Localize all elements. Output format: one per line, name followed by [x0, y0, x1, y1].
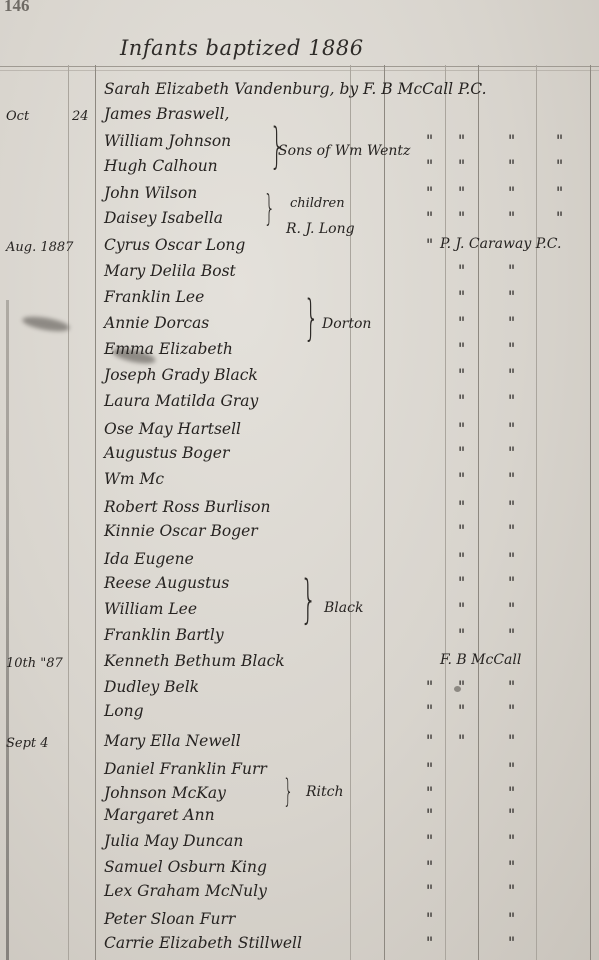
entry-name: Margaret Ann — [104, 806, 215, 824]
entry-name: Cyrus Oscar Long — [104, 236, 245, 254]
entry-name: Ose May Hartsell — [104, 420, 241, 438]
ditto-mark: " — [508, 209, 515, 227]
ditto-mark: " — [458, 522, 465, 540]
ditto-mark: " — [458, 392, 465, 410]
entry-row: Wm Mc"" — [0, 470, 599, 494]
ditto-mark: " — [458, 157, 465, 175]
entry-name: Julia May Duncan — [104, 832, 243, 850]
entry-name: Emma Elizabeth — [104, 340, 233, 358]
group-label-long-top: children — [290, 196, 345, 211]
entry-name: Joseph Grady Black — [104, 366, 258, 384]
entry-name: Samuel Osburn King — [104, 858, 267, 876]
entry-name: Sarah Elizabeth Vandenburg, by F. B McCa… — [104, 80, 487, 98]
ditto-mark: " — [508, 760, 515, 778]
ditto-mark: " — [458, 209, 465, 227]
ditto-mark: " — [426, 157, 433, 175]
ditto-mark: " — [508, 910, 515, 928]
ditto-mark: " — [458, 444, 465, 462]
header-rule-2 — [0, 70, 599, 71]
ditto-mark: " — [556, 209, 563, 227]
entry-name: Carrie Elizabeth Stillwell — [104, 934, 302, 952]
entry-month: Aug. 1887 — [6, 240, 73, 255]
ditto-mark: " — [426, 236, 433, 254]
ditto-mark: " — [458, 470, 465, 488]
ditto-mark: " — [508, 288, 515, 306]
ditto-mark: " — [458, 600, 465, 618]
ditto-mark: " — [426, 678, 433, 696]
group-label-long-bottom: R. J. Long — [286, 221, 355, 237]
ditto-mark: " — [458, 132, 465, 150]
entry-name: William Johnson — [104, 132, 231, 150]
group-label-dorton: Dorton — [322, 316, 371, 332]
ditto-mark: " — [556, 184, 563, 202]
ditto-mark: " — [508, 262, 515, 280]
entry-name: Mary Delila Bost — [104, 262, 236, 280]
ditto-mark: " — [458, 626, 465, 644]
entry-name: Lex Graham McNuly — [104, 882, 267, 900]
entry-name: Daniel Franklin Furr — [104, 760, 267, 778]
ditto-mark: " — [508, 392, 515, 410]
entry-name: John Wilson — [104, 184, 197, 202]
ditto-mark: " — [426, 882, 433, 900]
entry-name: Johnson McKay — [104, 784, 226, 802]
ditto-mark: " — [508, 522, 515, 540]
entry-row: Mary Delila Bost"" — [0, 262, 599, 286]
ditto-mark: " — [426, 132, 433, 150]
ditto-mark: " — [426, 858, 433, 876]
ditto-mark: " — [426, 209, 433, 227]
group-label-ritch: Ritch — [306, 784, 344, 800]
entry-row: Emma Elizabeth"" — [0, 340, 599, 364]
entry-name: Peter Sloan Furr — [104, 910, 235, 928]
ditto-mark: " — [508, 678, 515, 696]
entry-row: Joseph Grady Black"" — [0, 366, 599, 390]
entry-row: Carrie Elizabeth Stillwell"" — [0, 934, 599, 958]
group-label-wentz: Sons of Wm Wentz — [278, 143, 410, 159]
entry-row: Daniel Franklin Furr"" — [0, 760, 599, 784]
entry-name: Hugh Calhoun — [104, 157, 218, 175]
entry-month: Sept 4 — [6, 736, 49, 751]
ditto-mark: " — [426, 760, 433, 778]
entry-name: Reese Augustus — [104, 574, 229, 592]
ditto-mark: " — [426, 184, 433, 202]
page-heading: Infants baptized 1886 — [120, 36, 364, 60]
ditto-mark: " — [508, 832, 515, 850]
ditto-mark: " — [508, 806, 515, 824]
ditto-mark: " — [458, 288, 465, 306]
ditto-mark: " — [508, 784, 515, 802]
entry-name: Kinnie Oscar Boger — [104, 522, 258, 540]
ditto-mark: " — [508, 600, 515, 618]
ditto-mark: " — [508, 550, 515, 568]
entry-name: Kenneth Bethum Black — [104, 652, 285, 670]
entry-officiant: P. J. Caraway P.C. — [440, 236, 561, 252]
entry-row: Johnson McKay"" — [0, 784, 599, 808]
ditto-mark: " — [458, 550, 465, 568]
entry-row: 10th "87Kenneth Bethum BlackF. B McCall — [0, 652, 599, 676]
ditto-mark: " — [508, 732, 515, 750]
ditto-mark: " — [458, 702, 465, 720]
entry-month: 10th "87 — [6, 656, 63, 671]
ditto-mark: " — [458, 574, 465, 592]
header-rule — [0, 66, 599, 67]
entry-row: Sarah Elizabeth Vandenburg, by F. B McCa… — [0, 80, 599, 104]
ditto-mark: " — [458, 184, 465, 202]
entry-name: James Braswell, — [104, 105, 229, 123]
entry-name: Laura Matilda Gray — [104, 392, 258, 410]
ditto-mark: " — [508, 420, 515, 438]
ditto-mark: " — [508, 858, 515, 876]
brace-long: } — [264, 188, 275, 229]
entry-row: Long""" — [0, 702, 599, 726]
entry-name: Mary Ella Newell — [104, 732, 241, 750]
ditto-mark: " — [508, 132, 515, 150]
ditto-mark: " — [458, 732, 465, 750]
entry-name: Franklin Lee — [104, 288, 204, 306]
ditto-mark: " — [508, 157, 515, 175]
entry-row: Franklin Lee"" — [0, 288, 599, 312]
ditto-mark: " — [426, 832, 433, 850]
ditto-mark: " — [508, 366, 515, 384]
entry-name: Dudley Belk — [104, 678, 199, 696]
entry-month: Oct — [6, 109, 29, 124]
entry-officiant: F. B McCall — [440, 652, 521, 668]
entry-row: Hugh Calhoun"""" — [0, 157, 599, 181]
ditto-mark: " — [508, 498, 515, 516]
ditto-mark: " — [508, 934, 515, 952]
entry-row: Laura Matilda Gray"" — [0, 392, 599, 416]
entry-name: Long — [104, 702, 144, 720]
entry-name: Franklin Bartly — [104, 626, 224, 644]
group-label-black: Black — [324, 600, 363, 616]
entry-row: Oct24James Braswell, — [0, 105, 599, 129]
entry-row: Robert Ross Burlison"" — [0, 498, 599, 522]
ditto-mark: " — [426, 934, 433, 952]
brace-black: } — [300, 570, 317, 630]
ditto-mark: " — [426, 784, 433, 802]
ditto-mark: " — [508, 314, 515, 332]
ditto-mark: " — [426, 702, 433, 720]
ditto-mark: " — [508, 184, 515, 202]
ditto-mark: " — [458, 678, 465, 696]
entry-row: Annie Dorcas"" — [0, 314, 599, 338]
entry-row: Aug. 1887Cyrus Oscar Long"P. J. Caraway … — [0, 236, 599, 260]
entry-row: Kinnie Oscar Boger"" — [0, 522, 599, 546]
register-page: 146 Infants baptized 1886 Sarah Elizabet… — [0, 0, 599, 960]
ditto-mark: " — [458, 314, 465, 332]
ditto-mark: " — [458, 366, 465, 384]
entry-row: Lex Graham McNuly"" — [0, 882, 599, 906]
entry-row: Dudley Belk""" — [0, 678, 599, 702]
entry-name: Wm Mc — [104, 470, 164, 488]
ditto-mark: " — [508, 574, 515, 592]
entry-row: Julia May Duncan"" — [0, 832, 599, 856]
brace-dorton: } — [304, 290, 319, 346]
entry-name: Augustus Boger — [104, 444, 229, 462]
ditto-mark: " — [508, 340, 515, 358]
entry-day: 24 — [72, 109, 89, 124]
ditto-mark: " — [458, 262, 465, 280]
entry-name: Ida Eugene — [104, 550, 194, 568]
ditto-mark: " — [556, 132, 563, 150]
page-number: 146 — [4, 0, 30, 16]
ditto-mark: " — [426, 732, 433, 750]
ditto-mark: " — [458, 498, 465, 516]
ditto-mark: " — [426, 806, 433, 824]
entry-row: Margaret Ann"" — [0, 806, 599, 830]
ditto-mark: " — [556, 157, 563, 175]
entry-row: Samuel Osburn King"" — [0, 858, 599, 882]
entry-name: William Lee — [104, 600, 197, 618]
ditto-mark: " — [508, 626, 515, 644]
brace-ritch: } — [283, 772, 293, 810]
entry-row: Sept 4Mary Ella Newell""" — [0, 732, 599, 756]
ditto-mark: " — [508, 882, 515, 900]
ditto-mark: " — [508, 470, 515, 488]
ditto-mark: " — [508, 702, 515, 720]
ditto-mark: " — [426, 910, 433, 928]
entry-name: Annie Dorcas — [104, 314, 209, 332]
entry-name: Daisey Isabella — [104, 209, 223, 227]
ditto-mark: " — [508, 444, 515, 462]
entry-row: Ose May Hartsell"" — [0, 420, 599, 444]
entry-name: Robert Ross Burlison — [104, 498, 270, 516]
ditto-mark: " — [458, 420, 465, 438]
entry-row: Peter Sloan Furr"" — [0, 910, 599, 934]
entry-row: Augustus Boger"" — [0, 444, 599, 468]
ditto-mark: " — [458, 340, 465, 358]
